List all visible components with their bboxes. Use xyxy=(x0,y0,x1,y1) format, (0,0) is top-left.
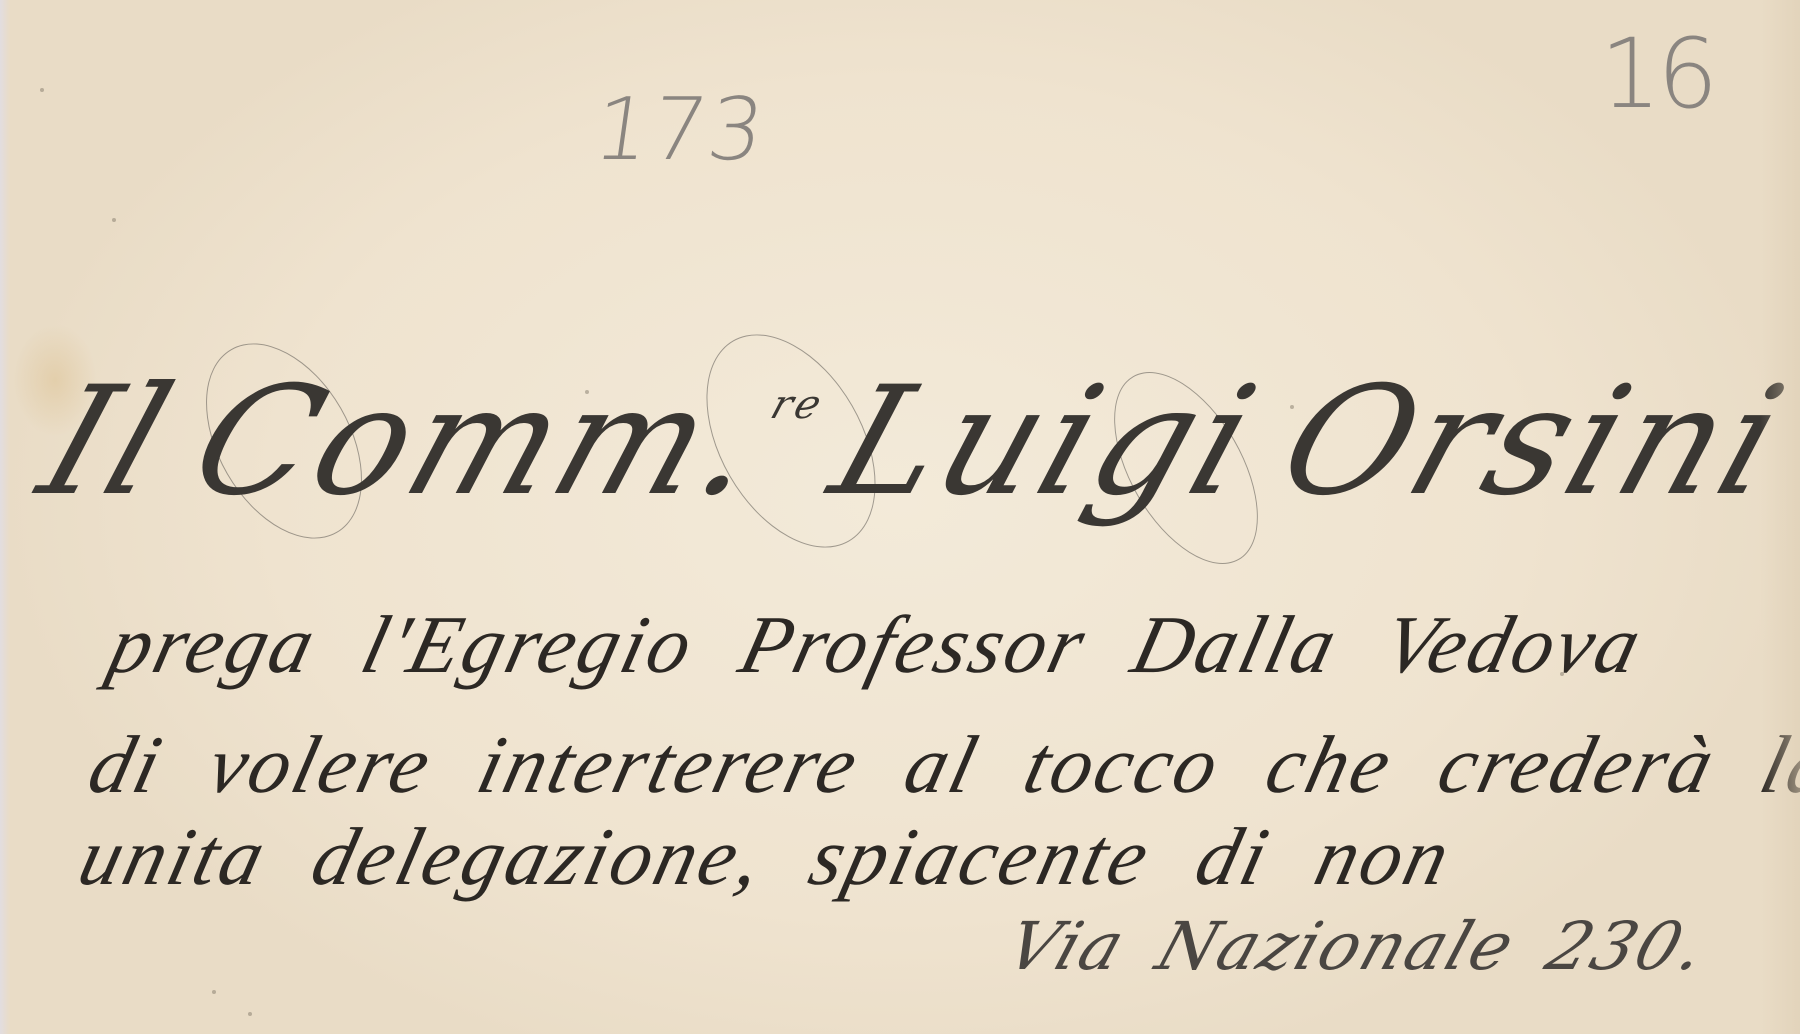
honorific-title: Comm.re xyxy=(173,355,840,529)
first-name: Luigi xyxy=(813,355,1278,529)
name-prefix: Il xyxy=(22,355,194,529)
paper-speck xyxy=(248,1012,252,1016)
visiting-card: 173 16 IlComm.reLuigiOrsini prega l'Egre… xyxy=(0,0,1800,1034)
paper-speck xyxy=(40,88,44,92)
engraved-address: Via Nazionale 230. xyxy=(997,908,1717,985)
address-street: Via Nazionale xyxy=(997,908,1525,985)
honorific-title-text: Comm. xyxy=(173,355,787,529)
archive-number-annotation: 173 xyxy=(588,80,772,180)
engraved-name-line: IlComm.reLuigiOrsini xyxy=(22,355,1800,529)
paper-speck xyxy=(112,218,116,222)
last-name: Orsini xyxy=(1261,355,1800,529)
address-number: 230. xyxy=(1537,908,1717,985)
handwritten-line-3: unita delegazione, spiacente di non xyxy=(70,810,1462,904)
paper-speck xyxy=(212,990,216,994)
page-number-annotation: 16 xyxy=(1600,18,1714,130)
handwritten-line-2: di volere interterere al tocco che crede… xyxy=(80,718,1800,812)
handwritten-line-1: prega l'Egregio Professor Dalla Vedova xyxy=(100,598,1653,692)
